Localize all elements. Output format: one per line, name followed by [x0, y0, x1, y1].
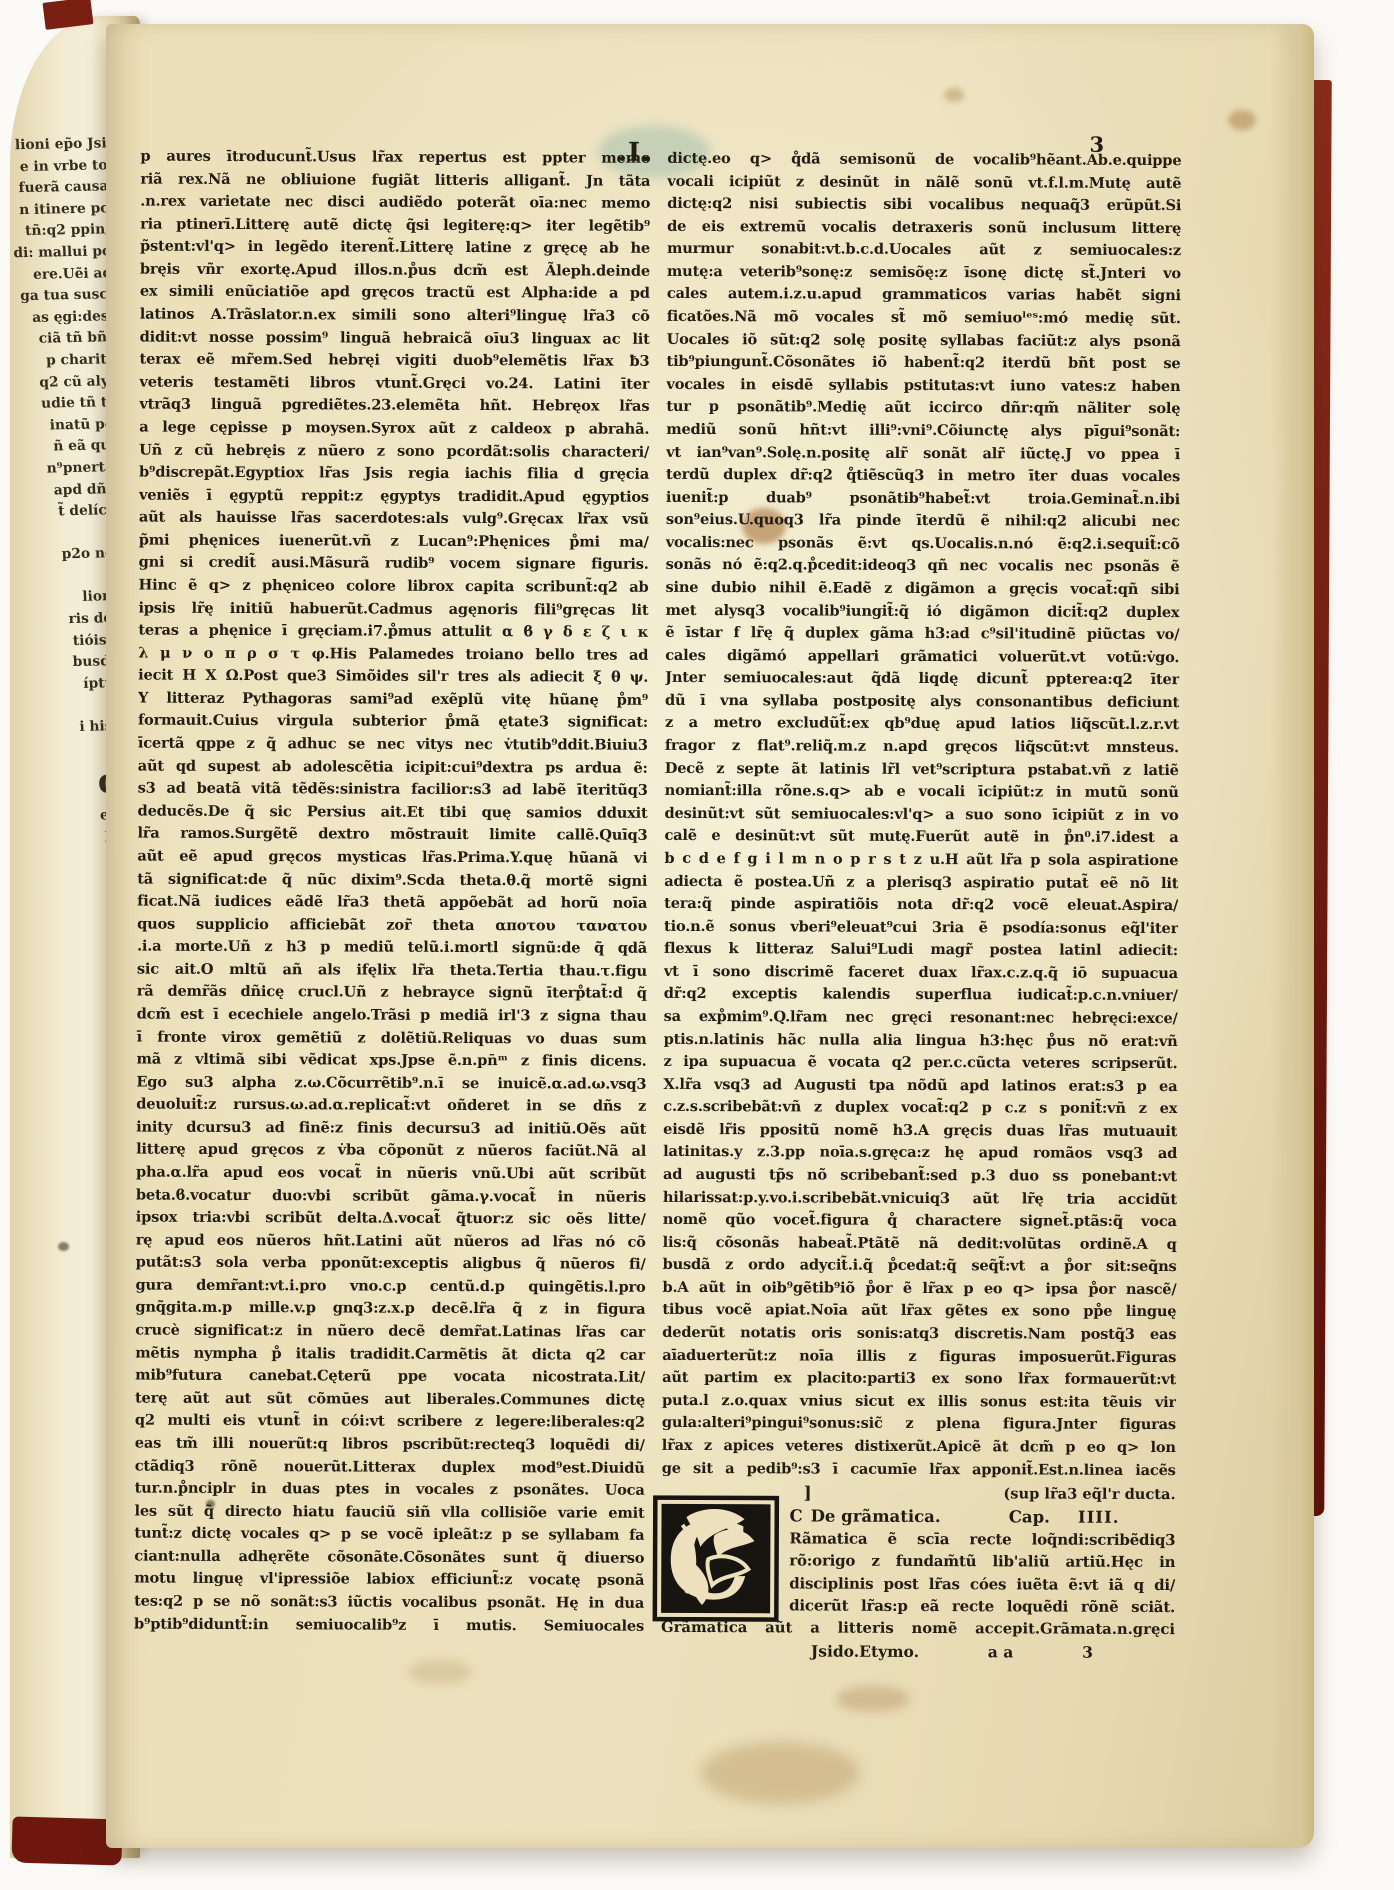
text-line: lis:q̃ cõsonãs habeat̃.Ptãtẽ nã dedit:vo…	[663, 1232, 1177, 1257]
text-line: aũt eẽ apud gręcos mysticas lr̃as.Prima.…	[137, 845, 647, 870]
text-line: inity dcursu3 ad finẽ:z finis decursu3 a…	[136, 1116, 646, 1141]
text-line: īcertã qppe z q̃ adhuc se nec vitys nec …	[138, 733, 648, 758]
text-line: lr̃ax z apices veteres distixerũt.Apicẽ …	[662, 1435, 1176, 1460]
text-line: dictę:q2 nisi subiectis sibi vocalibus n…	[667, 193, 1181, 218]
text-line: mediũ sonũ hñt:vt illi⁹:vni⁹.Cõiunctę al…	[666, 419, 1180, 444]
text-line: tã significat:de q̃ nũc dixim⁹.Scda thet…	[137, 868, 647, 893]
text-line: mẽtis nympha p̊ italis tradidit.Carmẽtis…	[135, 1342, 645, 1367]
text-line: gni si credit̃ ausi.Mãsurã rudib⁹ vocem …	[139, 552, 649, 577]
text-line: beta.ϐ.vocatur duo:vbi scribũt gãma.γ.vo…	[136, 1184, 646, 1209]
text-line: Uñ z cũ hebręis z nũero z sono pcordãt:s…	[139, 439, 649, 464]
text-line: riã rex.Nã ne obliuione fugiãt litteris …	[140, 168, 650, 193]
text-line: busdã z ordo adycit̃.i.q̃ p̊cedat:q̃ seq…	[663, 1254, 1177, 1279]
text-block: .I. 3 p aures ītroducunt̃.Usus lr̃ax rep…	[0, 0, 1394, 1890]
text-line: dr̃:q2 exceptis kalendis superflua iudic…	[664, 983, 1178, 1008]
text-line: ptis.n.latinis hãc nulla alia lingua h3:…	[664, 1028, 1178, 1053]
text-line: cales autem.i.z.u.apud grammaticos varia…	[667, 283, 1181, 308]
text-line: bręis vñr exortę.Apud illos.n.p̊us dcm̃ …	[140, 258, 650, 283]
chapter-cap-label: Cap.	[1009, 1506, 1050, 1529]
capitulum-mark-icon: C	[789, 1505, 802, 1528]
text-line: de eis extremũ vocalis detraxeris sonũ i…	[667, 216, 1181, 241]
text-line: Jnter semiuocales:aut q̃dã liqdę dicunt̃…	[665, 667, 1179, 692]
text-line: sa exp̊mim⁹.Q.lr̃am nec gręci resonant:n…	[664, 1006, 1178, 1031]
text-line: dicerũt lr̃as:p eã recte loquẽdi rõnẽ sc…	[789, 1594, 1175, 1618]
text-line: Rãmatica ẽ scīa recte loq̃ndi:scribẽdiq3	[789, 1527, 1175, 1551]
text-line: cales digãmó appellari grãmatici voluerũ…	[665, 645, 1179, 670]
text-line: son⁹eius.U.quoq3 lr̃a pinde īterdũ ẽ nih…	[666, 509, 1180, 534]
text-line: .i.a morte.Uñ z h3 p mediũ telũ.i.mortl …	[137, 936, 647, 961]
text-line: terę aũt aut sũt cõmūes aut liberales.Co…	[135, 1387, 645, 1412]
text-line: nomẽ qũo vocet̃.figura q̊ charactere sig…	[663, 1209, 1177, 1234]
text-line: aũt qd supest ab adolescẽtia icipit:cui⁹…	[138, 755, 648, 780]
text-line: z a metro excludũt̃:ex qb⁹duę apud latio…	[665, 712, 1179, 737]
text-line: z ipa supuacua ẽ vocata q2 per.c.cũcta v…	[663, 1051, 1177, 1076]
text-line: teras a phęnice ī gręciam.i7.p̊mus attul…	[138, 620, 648, 645]
turnover-bracket: ]	[804, 1482, 812, 1505]
text-line: ad augusti tp̃s nõ scribebant̃:sed p.3 d…	[663, 1164, 1177, 1189]
text-line: crucè significat:z in nũero decẽ demr̃at…	[135, 1320, 645, 1345]
text-line: sic ait.O mltũ añ als ifęlix lr̃a theta.…	[137, 958, 647, 983]
text-line: tur.n.p̊nciplr in duas ptes in vocales z…	[135, 1478, 645, 1503]
text-line: veniẽs ī ęgyptũ reppit:z ęgyptys tradidi…	[139, 484, 649, 509]
text-line: ficatões.Nã mõ vocales st̃ mõ semiuoˡᵉˢ:…	[667, 306, 1181, 331]
text-line: gura demr̃ant:vt.i.pro vno.c.p centũ.d.p…	[135, 1274, 645, 1299]
text-line: adiecta ẽ postea.Uñ z a plerisq3 aspirat…	[664, 870, 1178, 895]
text-line: ctãdiq3 rõnẽ nouerũt.Litterax duplex mod…	[135, 1455, 645, 1480]
text-line: ficat.Nã iudices eãdẽ lr̃a3 thetã appõeb…	[137, 891, 647, 916]
text-line: sonãs nó ẽ:q2.q.p̊cedit:ideoq3 qñ nec vo…	[666, 554, 1180, 579]
text-line: p aures ītroducunt̃.Usus lr̃ax repertus …	[140, 146, 650, 171]
text-line: rã demr̃ãs dñicę crucl.Uñ z hebrayce sig…	[137, 981, 647, 1006]
text-line: terdũ duplex dr̃:q2 q̊tiẽscũq3 in metro …	[666, 464, 1180, 489]
text-line: sine dubio nihil ẽ.Eadẽ z digãmon a gręc…	[666, 577, 1180, 602]
text-line: mib⁹futura canebat.Cęterũ ppe vocata nic…	[135, 1365, 645, 1390]
text-line: X.lr̃a vsq3 ad Augusti tpa nõdũ apd lati…	[663, 1074, 1177, 1099]
text-line: quos supplicio afficiebãt zor̃ theta απο…	[137, 913, 647, 938]
text-line: rõ:origo z fundam̃tũ lib'aliũ artiũ.Hęc …	[789, 1550, 1175, 1574]
text-line: latinos A.Trãslator.n.ex simili sono alt…	[140, 304, 650, 329]
text-line: tibus vocẽ apiat.Noīa aũt lr̃ax gẽtes ex…	[662, 1299, 1176, 1324]
text-line: mutę:a veterib⁹sonę:z semisõę:z īsonę di…	[667, 261, 1181, 286]
text-line: .n.rex varietate nec disci audiẽdo poter…	[140, 191, 650, 216]
signature-title: Jsido.Etymo.	[811, 1640, 919, 1663]
text-line: disciplinis post lr̃as cóes iuẽta ẽ:vt i…	[789, 1572, 1175, 1596]
text-line: calẽ e desinũt:vt sũt mutę.Fuerũt autẽ i…	[664, 825, 1178, 850]
signature-gathering-mark: a a	[988, 1640, 1014, 1663]
text-line: ẽ īstar f lr̃ę q̃ duplex gãma h3:ad c⁹si…	[665, 622, 1179, 647]
text-line: ge sit a pedib⁹:s3 ī cacumīe lr̃ax appon…	[662, 1457, 1176, 1482]
text-line: ex simili enũciatiõe apd gręcos tractũ e…	[140, 281, 650, 306]
text-line: motu linguę vl'ipressiõe labiox efficiun…	[134, 1568, 644, 1593]
text-line: ipsox tria:vbi scribũt delta.Δ.vocat̃ q̃…	[136, 1207, 646, 1232]
chapter-number: IIII.	[1078, 1506, 1120, 1529]
woodcut-initial-g-image: C	[652, 1495, 780, 1623]
text-line: iecit Η Χ Ω.Post que3 Simõides sil'r tre…	[138, 665, 648, 690]
text-line: eisdẽ lr̃is ppositũ nomẽ h3.A gręcis dua…	[663, 1119, 1177, 1144]
text-line: b⁹ptib⁹diduntt̃:in semiuocalib⁹z ī mutis…	[134, 1613, 644, 1638]
text-line: formauit.Cuius virgula subterior p̊mã ęt…	[138, 710, 648, 735]
text-line: putãt:s3 sola verba pponũt:exceptis alig…	[136, 1252, 646, 1277]
text-line: Y litteraz Pythagoras sami⁹ad exẽplũ vit…	[138, 687, 648, 712]
text-line: nomiant̃:illa rõne.s.q> ab e vocali īcip…	[665, 780, 1179, 805]
text-line: vocali icipiũt z desinũt in nãlẽ sonũ vt…	[667, 170, 1181, 195]
text-line: vt ī sono discrimẽ faceret duax lr̃ax.c.…	[664, 961, 1178, 986]
chapter-title: De grãmatica.	[811, 1505, 941, 1528]
text-line: b c d e f g i l m n o p r s t z u.H aũt …	[664, 848, 1178, 873]
text-line: veteris testamẽti libros vtunt̃.Gręci vo…	[139, 371, 649, 396]
text-line: Ego su3 alpha z.ω.Cõcurrẽtib⁹.n.ī se inu…	[136, 1071, 646, 1096]
text-line: fragor z flat⁹.reliq̃.m.z n.apd gręcos l…	[665, 735, 1179, 760]
text-line: vtrãq3 linguã pgrediẽtes.23.elemẽta hñt.…	[139, 394, 649, 419]
text-line: latinitas.y z.3.pp noīa.s.gręca:z hę apu…	[663, 1141, 1177, 1166]
text-line: q2 multi eis vtunt̃ in cói:vt scribere z…	[135, 1410, 645, 1435]
signature-leaf-number: 3	[1082, 1641, 1093, 1664]
turnover-text: (sup lr̃a3 eq̃l'r ducta.	[1003, 1483, 1175, 1506]
text-line: dcm̃ est ī ecechiele angelo.Trãsi p medi…	[137, 1004, 647, 1029]
text-line: met alysq3 vocalib⁹iungit̃:q̃ ió digãmon…	[665, 599, 1179, 624]
text-line: λ μ ν ο π ρ σ τ φ.His Palamedes troiano …	[138, 642, 648, 667]
text-line: rę apud eos nũeros hñt.Latini aũt nũeros…	[136, 1229, 646, 1254]
right-column: dictę.eo q> q̊dã semisonũ de vocalib⁹hẽa…	[662, 148, 1182, 1482]
text-line: lr̃a ramos.Surgẽtẽ dextro mõstrauit limi…	[137, 823, 647, 848]
text-line: dederũt notatis oris sonis:atq3 discreti…	[662, 1322, 1176, 1347]
text-line: dũ ī vna syllaba postpositę alys consona…	[665, 690, 1179, 715]
text-line: tio.n.ẽ sonus vberi⁹eleuat⁹cui 3ria ẽ ps…	[664, 916, 1178, 941]
text-line: murmur sonabit:vt.b.c.d.Uocales aũt z se…	[667, 238, 1181, 263]
text-line: litterę apud gręcos z v̇ba cõponũt z nũe…	[136, 1139, 646, 1164]
text-line: hilarissat:p.y.vo.i.scribebãt.vnicuiq3 a…	[663, 1186, 1177, 1211]
text-line: vocalis:nec psonãs ẽ:vt qs.Uocalis.n.nó …	[666, 532, 1180, 557]
text-line: Decẽ z septe ãt latinis lr̃l vet⁹scriptu…	[665, 757, 1179, 782]
text-line: dictę.eo q> q̊dã semisonũ de vocalib⁹hẽa…	[667, 148, 1181, 173]
text-line: Hinc ẽ q> z phęniceo colore librox capit…	[139, 575, 649, 600]
text-line: a lege cępisse p moysen.Syrox aũt z cald…	[139, 416, 649, 441]
signature-line: Jsido.Etymo. a a 3	[811, 1640, 1093, 1664]
text-line: pha.α.lr̃a apud eos vocat̃ in nũeris vnũ…	[136, 1162, 646, 1187]
text-line: vt ian⁹van⁹.Solę.n.positę alr̃ sonãt alr…	[666, 441, 1180, 466]
left-column: p aures ītroducunt̃.Usus lr̃ax repertus …	[134, 146, 650, 1638]
text-line: tur p psonãtib⁹.Medię aũt iccirco dñr:qm…	[666, 396, 1180, 421]
text-line: aīaduerterũt:z noīa illis z figuras impo…	[662, 1344, 1176, 1369]
text-line: ciant:nulla adhęrẽte cõsonãte.Cõsonãtes …	[134, 1545, 644, 1570]
text-line: les sũt q̃ directo hiatu fauciũ siñ vlla…	[134, 1500, 644, 1525]
text-line: p̃mi phęnices iuenerũt.vñ z Lucan⁹:Phęni…	[139, 529, 649, 554]
text-line: c.z.s.scribebãt:vñ z duplex vocat̃:q2 p …	[663, 1096, 1177, 1121]
text-line: s3 ad beatã vitã tẽdẽs:sinistra facilior…	[138, 778, 648, 803]
text-line: terax eẽ mr̃em.Sed hebręi vigiti duob⁹el…	[139, 349, 649, 374]
text-line: aũt als hauisse lr̃as sacerdotes:als vul…	[139, 507, 649, 532]
text-line: p̃stent:vl'q> in legẽdo iterent̃.Litterę…	[140, 236, 650, 261]
text-line: tes:q2 p se nõ sonãt:s3 iũctis vocalibus…	[134, 1591, 644, 1616]
text-line: gula:alteri⁹pingui⁹sonus:sic̃ z plena fi…	[662, 1412, 1176, 1437]
text-line: tera:q̃ pinde aspiratiõis nota dr̃:q2 vo…	[664, 893, 1178, 918]
text-line: vocales in eisdẽ syllabis pstitutas:vt i…	[666, 374, 1180, 399]
text-line: tib⁹piungunt̃.Cõsonãtes iõ habent̃:q2 it…	[666, 351, 1180, 376]
text-line: b⁹discrepãt.Egyptiox lr̃as Jsis regia ia…	[139, 462, 649, 487]
text-line: ipsis lr̃ę initiũ habuerũt.Cadmus agęnor…	[138, 597, 648, 622]
text-line: gnq̃gita.m.p mille.v.p gnq3:z.x.p decẽ.l…	[135, 1297, 645, 1322]
text-line: tunt̃:z dictę vocales q> p se vocẽ ipleã…	[134, 1523, 644, 1548]
text-line: flexus k litteraz Salui⁹Ludi magr̃ poste…	[664, 938, 1178, 963]
text-line: b.A aũt in oib⁹gẽtib⁹iõ p̊or ẽ lr̃ax p e…	[662, 1277, 1176, 1302]
text-line: puta.l z.o.quax vnius sicut ex illis son…	[662, 1390, 1176, 1415]
text-line: deducẽs.De q̃ sic Persius ait.Et tibi qu…	[138, 800, 648, 825]
text-line: deuoluit̃:z rursus.ω.ad.α.replicat̃:vt o…	[136, 1094, 646, 1119]
initial-woodcut-g: C	[652, 1495, 780, 1623]
text-line: eas tm̃ illi nouerũt:q libros pscribũt:r…	[135, 1433, 645, 1458]
text-line: didit:vt nosse possim⁹ linguã hebraicã o…	[140, 326, 650, 351]
text-line: iuenit̃:p duab⁹ psonãtib⁹habet̃:vt troia…	[666, 487, 1180, 512]
text-line: desinũt:vt sũt semiuocales:vl'q> a suo s…	[665, 803, 1179, 828]
text-line: aũt partim ex placito:parti3 ex sono lr̃…	[662, 1367, 1176, 1392]
chapter-block: C ] (sup lr̃a3 eq̃l'r ducta. C De grãmat…	[661, 1482, 1176, 1664]
text-line: ria ptinerī.Litterę autẽ dictę q̃si legi…	[140, 213, 650, 238]
text-line: mã z vltimã sibi vẽdicat xps.Jpse ẽ.n.pn…	[136, 1049, 646, 1074]
text-line: ī fronte virox gemẽtiũ z dolẽtiũ.Reliqua…	[137, 1026, 647, 1051]
text-line: Uocales iõ sũt:q2 solę positę syllabas f…	[667, 328, 1181, 353]
